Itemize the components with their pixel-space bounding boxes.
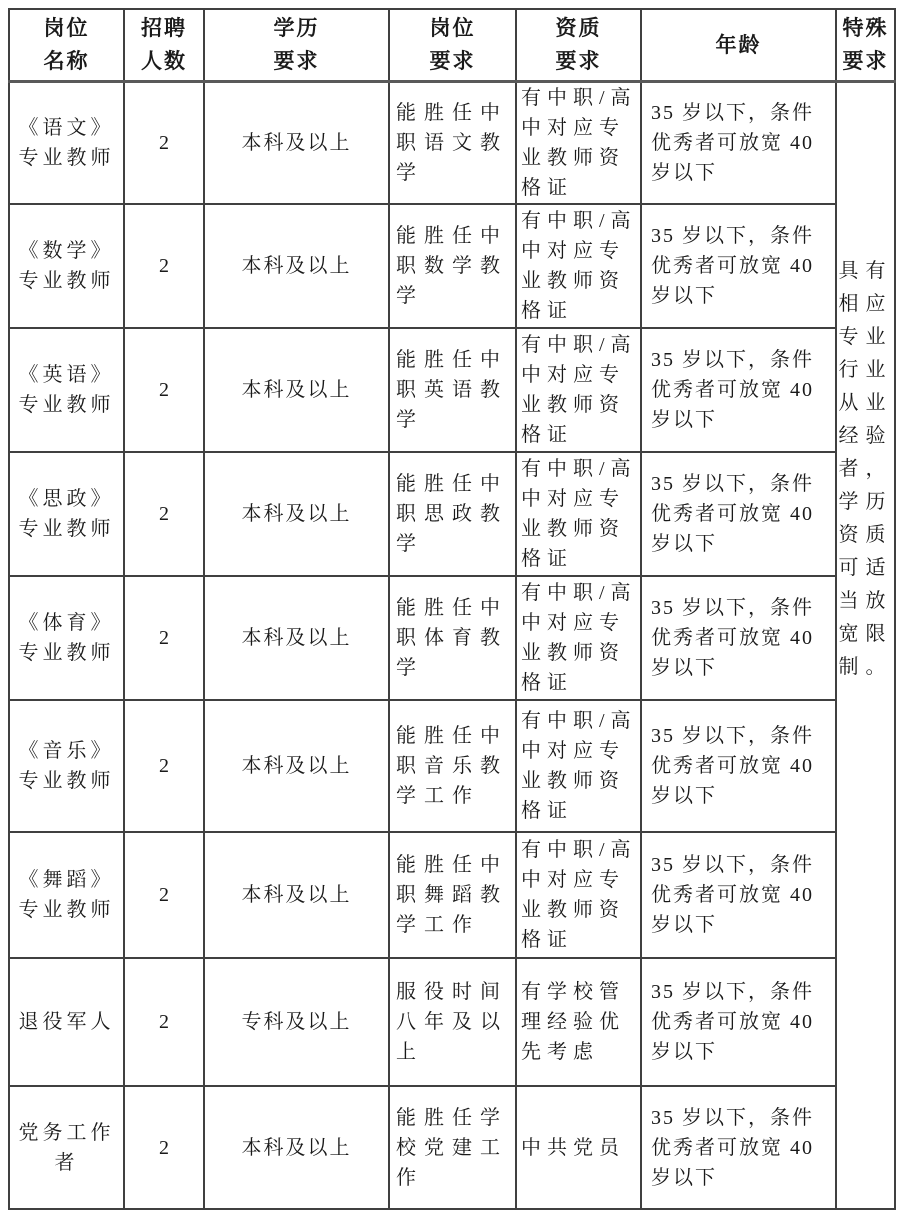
cell-headcount: 2 (124, 1086, 204, 1209)
cell-age: 35 岁以下，条件 优秀者可放宽 40 岁以下 (641, 700, 836, 832)
cell-education: 本科及以上 (204, 452, 389, 576)
table-row: 《英语》 专业教师 2 本科及以上 能胜任中 职英语教 学 有中职/高 中对应专… (9, 328, 895, 452)
cell-duty: 能胜任中 职音乐教 学工作 (389, 700, 516, 832)
cell-qualification: 有中职/高 中对应专 业教师资 格证 (516, 576, 641, 700)
cell-qualification: 有中职/高 中对应专 业教师资 格证 (516, 328, 641, 452)
cell-duty: 能胜任中 职思政教 学 (389, 452, 516, 576)
cell-duty: 能胜任中 职数学教 学 (389, 204, 516, 328)
cell-duty: 能胜任中 职舞蹈教 学工作 (389, 832, 516, 958)
recruitment-table: 岗位 名称 招聘 人数 学历 要求 岗位 要求 资质 要求 年龄 特殊 要求 《… (8, 8, 896, 1210)
cell-headcount: 2 (124, 82, 204, 205)
cell-headcount: 2 (124, 832, 204, 958)
cell-duty: 服役时间 八年及以 上 (389, 958, 516, 1086)
cell-headcount: 2 (124, 452, 204, 576)
cell-age: 35 岁以下，条件 优秀者可放宽 40 岁以下 (641, 452, 836, 576)
table-row: 《体育》 专业教师 2 本科及以上 能胜任中 职体育教 学 有中职/高 中对应专… (9, 576, 895, 700)
col-header-age: 年龄 (641, 9, 836, 82)
col-header-qualification: 资质 要求 (516, 9, 641, 82)
cell-duty: 能胜任中 职语文教 学 (389, 82, 516, 205)
table-row: 退役军人 2 专科及以上 服役时间 八年及以 上 有学校管 理经验优 先考虑 3… (9, 958, 895, 1086)
cell-position-name: 《数学》 专业教师 (9, 204, 124, 328)
cell-education: 本科及以上 (204, 832, 389, 958)
col-header-position-name: 岗位 名称 (9, 9, 124, 82)
cell-special-requirement: 具有 相应 专业 行业 从业 经验 者， 学历 资质 可适 当放 宽限 制。 (836, 82, 895, 1210)
cell-qualification: 有中职/高 中对应专 业教师资 格证 (516, 204, 641, 328)
cell-position-name: 《音乐》 专业教师 (9, 700, 124, 832)
col-header-special: 特殊 要求 (836, 9, 895, 82)
cell-education: 专科及以上 (204, 958, 389, 1086)
cell-position-name: 党务工作 者 (9, 1086, 124, 1209)
cell-position-name: 《体育》 专业教师 (9, 576, 124, 700)
cell-qualification: 有中职/高 中对应专 业教师资 格证 (516, 700, 641, 832)
col-header-duty: 岗位 要求 (389, 9, 516, 82)
cell-headcount: 2 (124, 958, 204, 1086)
cell-duty: 能胜任中 职英语教 学 (389, 328, 516, 452)
cell-headcount: 2 (124, 204, 204, 328)
cell-qualification: 中共党员 (516, 1086, 641, 1209)
cell-age: 35 岁以下，条件 优秀者可放宽 40 岁以下 (641, 82, 836, 205)
cell-position-name: 《语文》 专业教师 (9, 82, 124, 205)
cell-education: 本科及以上 (204, 82, 389, 205)
cell-headcount: 2 (124, 328, 204, 452)
cell-qualification: 有学校管 理经验优 先考虑 (516, 958, 641, 1086)
cell-education: 本科及以上 (204, 1086, 389, 1209)
cell-age: 35 岁以下，条件 优秀者可放宽 40 岁以下 (641, 576, 836, 700)
cell-education: 本科及以上 (204, 328, 389, 452)
cell-education: 本科及以上 (204, 700, 389, 832)
table-row: 《舞蹈》 专业教师 2 本科及以上 能胜任中 职舞蹈教 学工作 有中职/高 中对… (9, 832, 895, 958)
cell-age: 35 岁以下，条件 优秀者可放宽 40 岁以下 (641, 328, 836, 452)
header-row: 岗位 名称 招聘 人数 学历 要求 岗位 要求 资质 要求 年龄 特殊 要求 (9, 9, 895, 82)
cell-headcount: 2 (124, 576, 204, 700)
table-row: 党务工作 者 2 本科及以上 能胜任学 校党建工 作 中共党员 35 岁以下，条… (9, 1086, 895, 1209)
cell-position-name: 《英语》 专业教师 (9, 328, 124, 452)
col-header-education: 学历 要求 (204, 9, 389, 82)
cell-position-name: 《思政》 专业教师 (9, 452, 124, 576)
cell-age: 35 岁以下，条件 优秀者可放宽 40 岁以下 (641, 204, 836, 328)
cell-qualification: 有中职/高 中对应专 业教师资 格证 (516, 452, 641, 576)
table-row: 《音乐》 专业教师 2 本科及以上 能胜任中 职音乐教 学工作 有中职/高 中对… (9, 700, 895, 832)
cell-position-name: 退役军人 (9, 958, 124, 1086)
cell-headcount: 2 (124, 700, 204, 832)
cell-duty: 能胜任学 校党建工 作 (389, 1086, 516, 1209)
table-row: 《数学》 专业教师 2 本科及以上 能胜任中 职数学教 学 有中职/高 中对应专… (9, 204, 895, 328)
table-body: 《语文》 专业教师 2 本科及以上 能胜任中 职语文教 学 有中职/高 中对应专… (9, 82, 895, 1210)
cell-education: 本科及以上 (204, 204, 389, 328)
table-header: 岗位 名称 招聘 人数 学历 要求 岗位 要求 资质 要求 年龄 特殊 要求 (9, 9, 895, 82)
cell-position-name: 《舞蹈》 专业教师 (9, 832, 124, 958)
table-row: 《语文》 专业教师 2 本科及以上 能胜任中 职语文教 学 有中职/高 中对应专… (9, 82, 895, 205)
cell-age: 35 岁以下，条件 优秀者可放宽 40 岁以下 (641, 832, 836, 958)
cell-education: 本科及以上 (204, 576, 389, 700)
table-row: 《思政》 专业教师 2 本科及以上 能胜任中 职思政教 学 有中职/高 中对应专… (9, 452, 895, 576)
cell-qualification: 有中职/高 中对应专 业教师资 格证 (516, 832, 641, 958)
cell-age: 35 岁以下，条件 优秀者可放宽 40 岁以下 (641, 958, 836, 1086)
cell-age: 35 岁以下，条件 优秀者可放宽 40 岁以下 (641, 1086, 836, 1209)
col-header-headcount: 招聘 人数 (124, 9, 204, 82)
cell-qualification: 有中职/高 中对应专 业教师资 格证 (516, 82, 641, 205)
cell-duty: 能胜任中 职体育教 学 (389, 576, 516, 700)
